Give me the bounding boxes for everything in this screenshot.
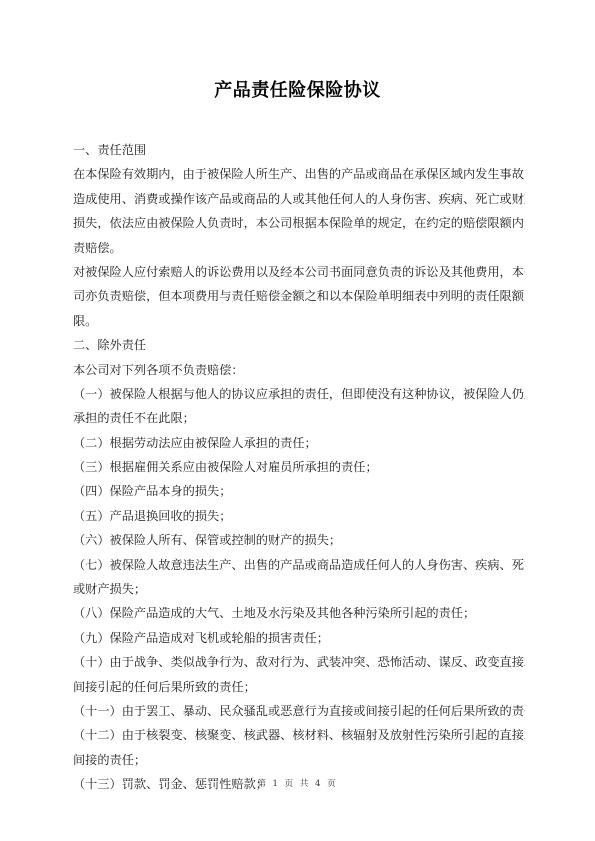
text-line: 二、除外责任 bbox=[73, 333, 525, 357]
text-line: （十二）由于核裂变、核聚变、核武器、核材料、核辐射及放射性污染所引起的直接或 bbox=[73, 723, 525, 747]
text-line: （五）产品退换回收的损失； bbox=[73, 504, 525, 528]
text-line: 司亦负责赔偿，但本项费用与责任赔偿金额之和以本保险单明细表中列明的责任限额为 bbox=[73, 284, 525, 308]
text-line: 限。 bbox=[73, 309, 525, 333]
text-line: 或财产损失； bbox=[73, 577, 525, 601]
text-line: （十一）由于罢工、暴动、民众骚乱或恶意行为直接或间接引起的任何后果所致的责任； bbox=[73, 699, 525, 723]
text-line: （八）保险产品造成的大气、土地及水污染及其他各种污染所引起的责任； bbox=[73, 601, 525, 625]
text-line: 本公司对下列各项不负责赔偿： bbox=[73, 358, 525, 382]
document-body: 一、责任范围在本保险有效期内，由于被保险人所生产、出售的产品或商品在承保区域内发… bbox=[73, 138, 525, 797]
text-line: （九）保险产品造成对飞机或轮船的损害责任； bbox=[73, 626, 525, 650]
text-line: 在本保险有效期内，由于被保险人所生产、出售的产品或商品在承保区域内发生事故， bbox=[73, 162, 525, 186]
text-line: （二）根据劳动法应由被保险人承担的责任； bbox=[73, 431, 525, 455]
text-line: （七）被保险人故意违法生产、出售的产品或商品造成任何人的人身伤害、疾病、死亡 bbox=[73, 553, 525, 577]
page-number-footer: 第 1 页 共 4 页 bbox=[0, 777, 595, 789]
text-line: 承担的责任不在此限； bbox=[73, 406, 525, 430]
text-line: 责赔偿。 bbox=[73, 236, 525, 260]
text-line: 间接的责任； bbox=[73, 748, 525, 772]
document-title: 产品责任险保险协议 bbox=[0, 76, 595, 102]
text-line: 一、责任范围 bbox=[73, 138, 525, 162]
text-line: 间接引起的任何后果所致的责任； bbox=[73, 675, 525, 699]
text-line: （一）被保险人根据与他人的协议应承担的责任，但即使没有这种协议，被保险人仍应 bbox=[73, 382, 525, 406]
text-line: 对被保险人应付索赔人的诉讼费用以及经本公司书面同意负责的诉讼及其他费用，本公 bbox=[73, 260, 525, 284]
text-line: 损失，依法应由被保险人负责时，本公司根据本保险单的规定，在约定的赔偿限额内负 bbox=[73, 211, 525, 235]
text-line: （三）根据雇佣关系应由被保险人对雇员所承担的责任； bbox=[73, 455, 525, 479]
text-line: （六）被保险人所有、保管或控制的财产的损失； bbox=[73, 528, 525, 552]
text-line: 造成使用、消费或操作该产品或商品的人或其他任何人的人身伤害、疾病、死亡或财产 bbox=[73, 187, 525, 211]
text-line: （十）由于战争、类似战争行为、敌对行为、武装冲突、恐怖活动、谋反、政变直接或 bbox=[73, 650, 525, 674]
text-line: （四）保险产品本身的损失； bbox=[73, 479, 525, 503]
